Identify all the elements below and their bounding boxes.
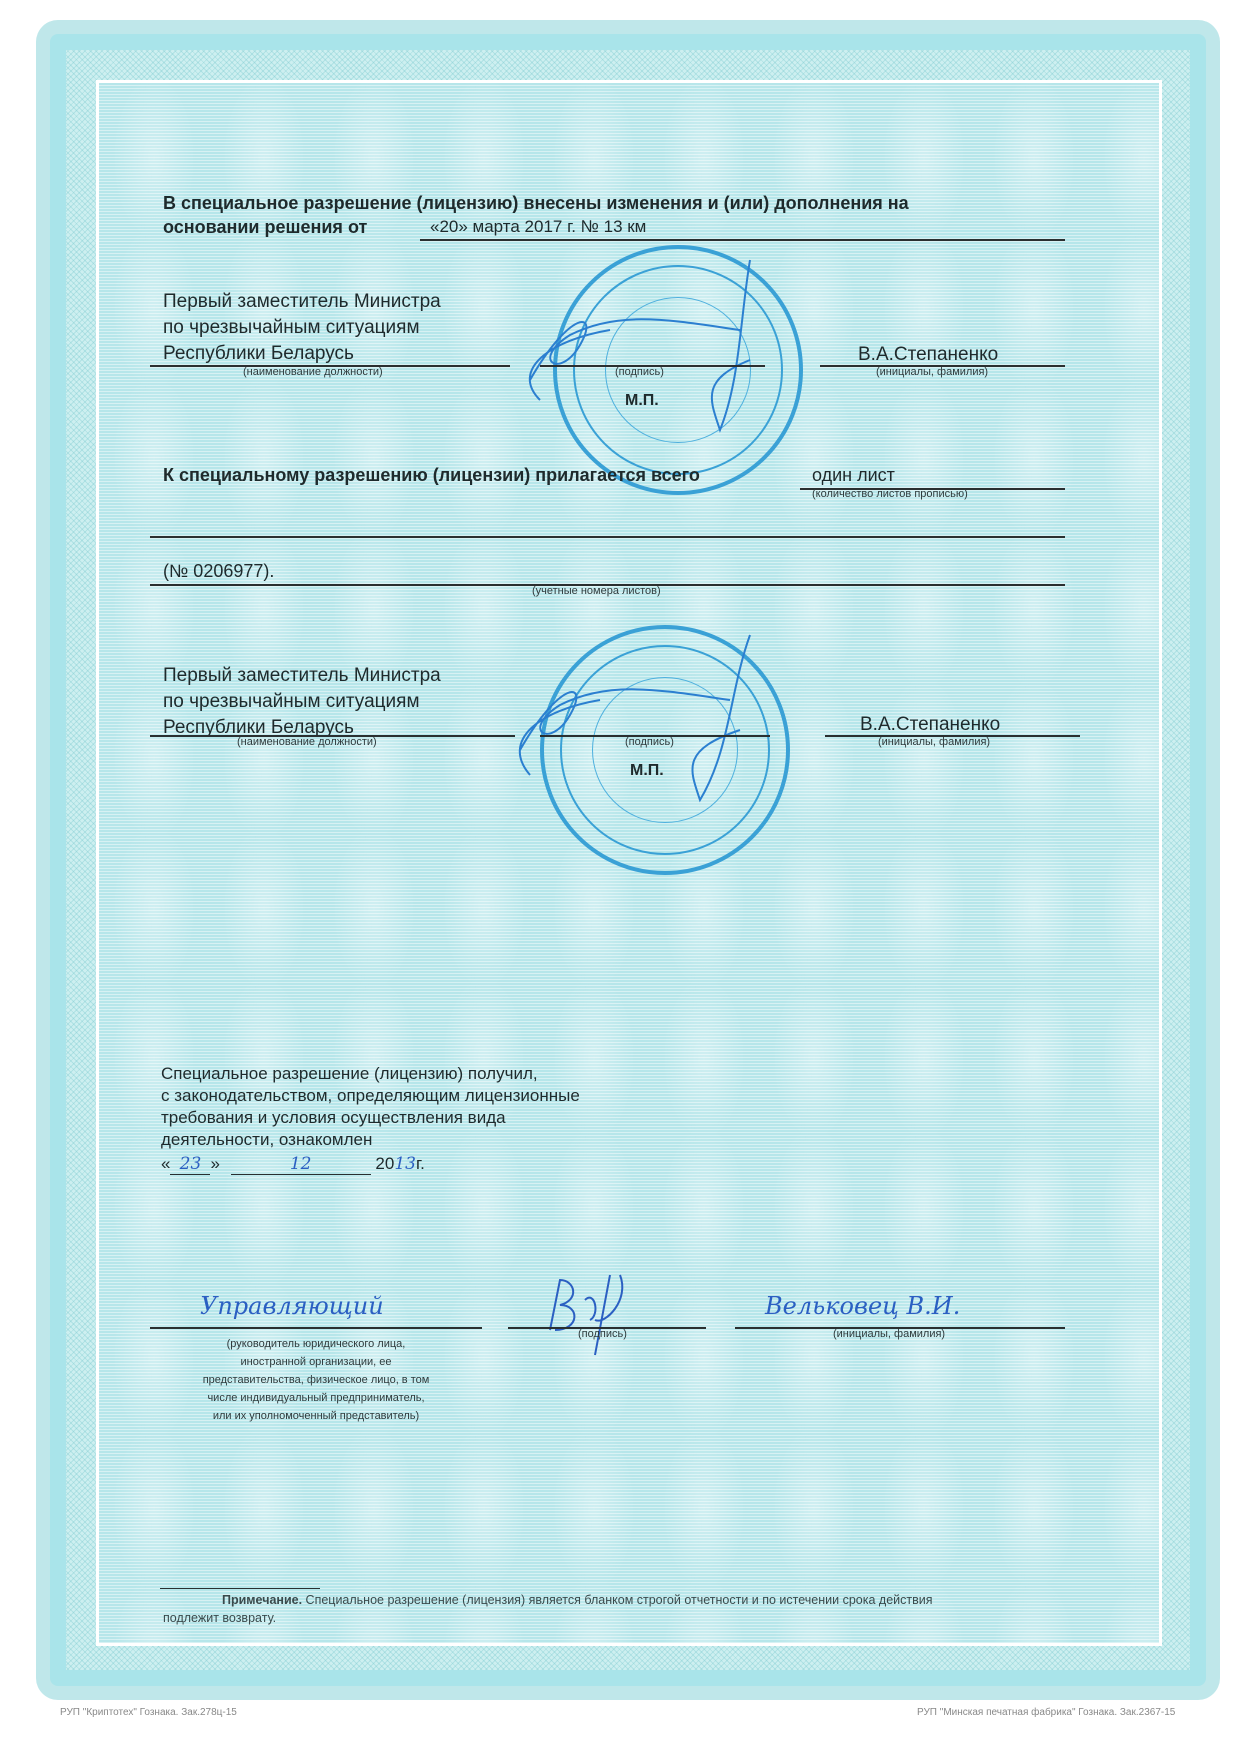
note-line-1: Примечание. Специальное разрешение (лице…	[222, 1593, 933, 1607]
receipt-line-1: Специальное разрешение (лицензию) получи…	[161, 1063, 580, 1085]
quote-close: »	[210, 1154, 219, 1173]
date-day: 23	[170, 1154, 210, 1175]
caption-line-2: иностранной организации, ее	[150, 1353, 482, 1371]
name-1-caption: (инициалы, фамилия)	[876, 366, 988, 378]
receipt-line-4: деятельности, ознакомлен	[161, 1129, 580, 1151]
note-separator	[160, 1588, 320, 1589]
position-2-caption: (наименование должности)	[237, 736, 377, 748]
signature-2-caption: (подпись)	[625, 736, 674, 748]
attachment-numbers: (№ 0206977).	[163, 561, 274, 582]
seal-label-1: М.П.	[625, 392, 659, 410]
count-caption: (количество листов прописью)	[812, 488, 968, 500]
official-name-1: В.А.Степаненко	[858, 344, 998, 366]
receipt-line-3: требования и условия осуществления вида	[161, 1107, 580, 1129]
recipient-position-underline	[150, 1327, 482, 1329]
date-month: 12	[231, 1154, 371, 1175]
position-2-line-1: Первый заместитель Министра	[163, 663, 441, 689]
receipt-date: «23» 12 2013г.	[161, 1154, 425, 1175]
caption-line-1: (руководитель юридического лица,	[150, 1335, 482, 1353]
recipient-position-caption: (руководитель юридического лица, иностра…	[150, 1335, 482, 1425]
position-1-line-1: Первый заместитель Министра	[163, 289, 441, 315]
numbers-caption: (учетные номера листов)	[532, 585, 661, 597]
signature-scribble-2	[500, 630, 800, 830]
signature-scribble-1	[510, 250, 810, 450]
recipient-position-handwritten: Управляющий	[200, 1292, 384, 1320]
amendment-line-2-label: основании решения от	[163, 217, 367, 238]
recipient-name-handwritten: Вельковец В.И.	[765, 1292, 960, 1320]
position-1: Первый заместитель Министра по чрезвычай…	[163, 289, 441, 367]
date-year-prefix: 20	[375, 1154, 394, 1173]
recipient-name-caption: (инициалы, фамилия)	[833, 1328, 945, 1340]
position-1-caption: (наименование должности)	[243, 366, 383, 378]
note-line-2: подлежит возврату.	[163, 1611, 276, 1625]
blank-line	[150, 536, 1065, 538]
caption-line-5: или их уполномоченный представитель)	[150, 1407, 482, 1425]
recipient-signature-caption: (подпись)	[578, 1328, 627, 1340]
printer-footer-right: РУП "Минская печатная фабрика" Гознака. …	[917, 1707, 1175, 1718]
caption-line-3: представительства, физическое лицо, в то…	[150, 1371, 482, 1389]
official-name-2: В.А.Степаненко	[860, 714, 1000, 736]
note-text: Специальное разрешение (лицензия) являет…	[302, 1593, 932, 1607]
position-1-line-2: по чрезвычайным ситуациям	[163, 315, 441, 341]
date-year-end: г.	[416, 1154, 425, 1173]
name-2-caption: (инициалы, фамилия)	[878, 736, 990, 748]
position-1-line-3: Республики Беларусь	[163, 341, 441, 367]
note-label: Примечание.	[222, 1593, 302, 1607]
attachments-label: К специальному разрешению (лицензии) при…	[163, 465, 700, 486]
printer-footer-left: РУП "Криптотех" Гознака. Зак.278ц-15	[60, 1707, 237, 1718]
receipt-line-2: с законодательством, определяющим лиценз…	[161, 1085, 580, 1107]
amendment-line-1: В специальное разрешение (лицензию) внес…	[163, 193, 909, 214]
quote-open: «	[161, 1154, 170, 1173]
position-2: Первый заместитель Министра по чрезвычай…	[163, 663, 441, 741]
decision-underline	[420, 239, 1065, 241]
signature-1-caption: (подпись)	[615, 366, 664, 378]
decision-value: «20» марта 2017 г. № 13 км	[430, 217, 646, 237]
position-2-line-2: по чрезвычайным ситуациям	[163, 689, 441, 715]
receipt-text: Специальное разрешение (лицензию) получи…	[161, 1063, 580, 1151]
caption-line-4: числе индивидуальный предприниматель,	[150, 1389, 482, 1407]
date-year-suffix: 13	[394, 1154, 416, 1174]
seal-label-2: М.П.	[630, 762, 664, 780]
recipient-signature	[535, 1270, 655, 1360]
attachments-count: один лист	[812, 465, 895, 486]
